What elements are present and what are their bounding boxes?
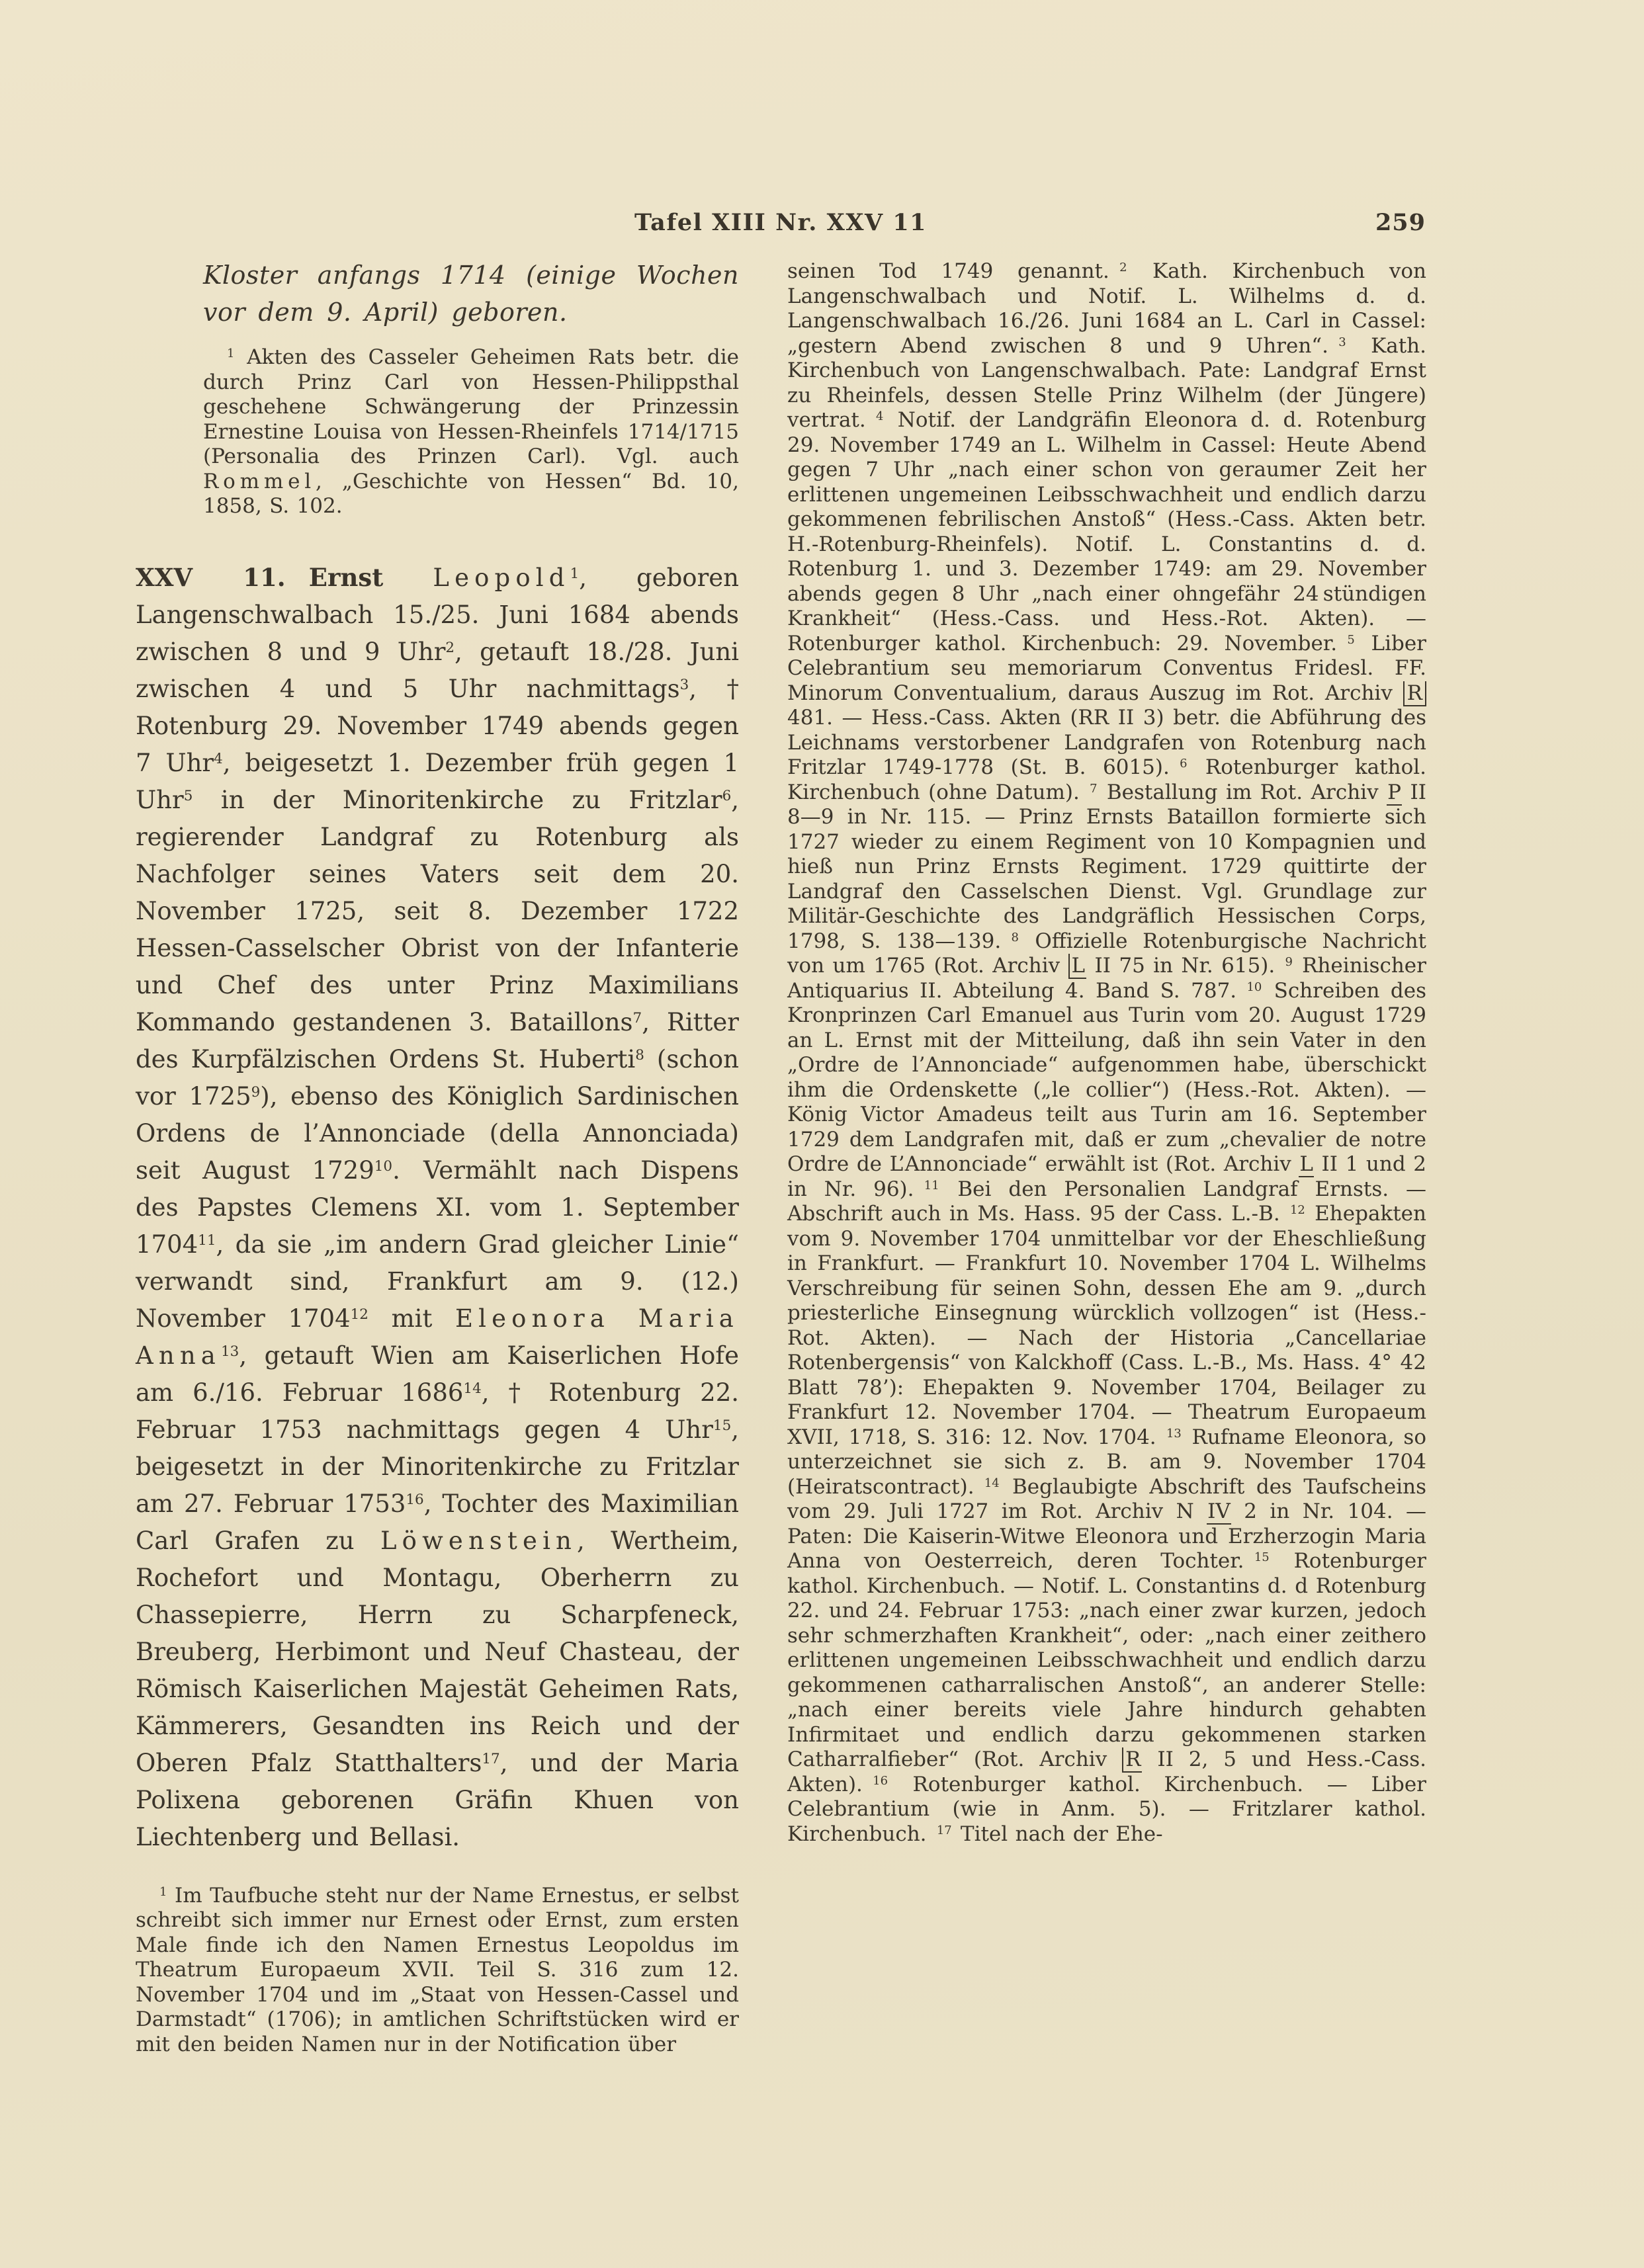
stray-ink-dot bbox=[507, 1908, 511, 1912]
right-column-footnotes: seinen Tod 1749 genannt.2 Kath. Kirchenb… bbox=[787, 259, 1426, 1847]
intro-italic-paragraph: Kloster anfangs 1714 (einige Wochen vor … bbox=[203, 257, 739, 331]
footnote-continuation-paragraph: 1 Akten des Casseler Geheimen Rats betr.… bbox=[203, 345, 739, 519]
entry-footnote-1-paragraph: 1 Im Taufbuche steht nur der Name Ernest… bbox=[136, 1884, 739, 2058]
main-entry-paragraph: XXV 11.Ernst Leopold1, geboren Langensch… bbox=[136, 559, 739, 1856]
page-header-title: Tafel XIII Nr. XXV 11 bbox=[136, 209, 1426, 236]
page-number: 259 bbox=[1336, 209, 1426, 236]
book-page: Tafel XIII Nr. XXV 11 259 Kloster anfang… bbox=[0, 0, 1644, 2268]
left-column: Kloster anfangs 1714 (einige Wochen vor … bbox=[136, 257, 739, 2057]
